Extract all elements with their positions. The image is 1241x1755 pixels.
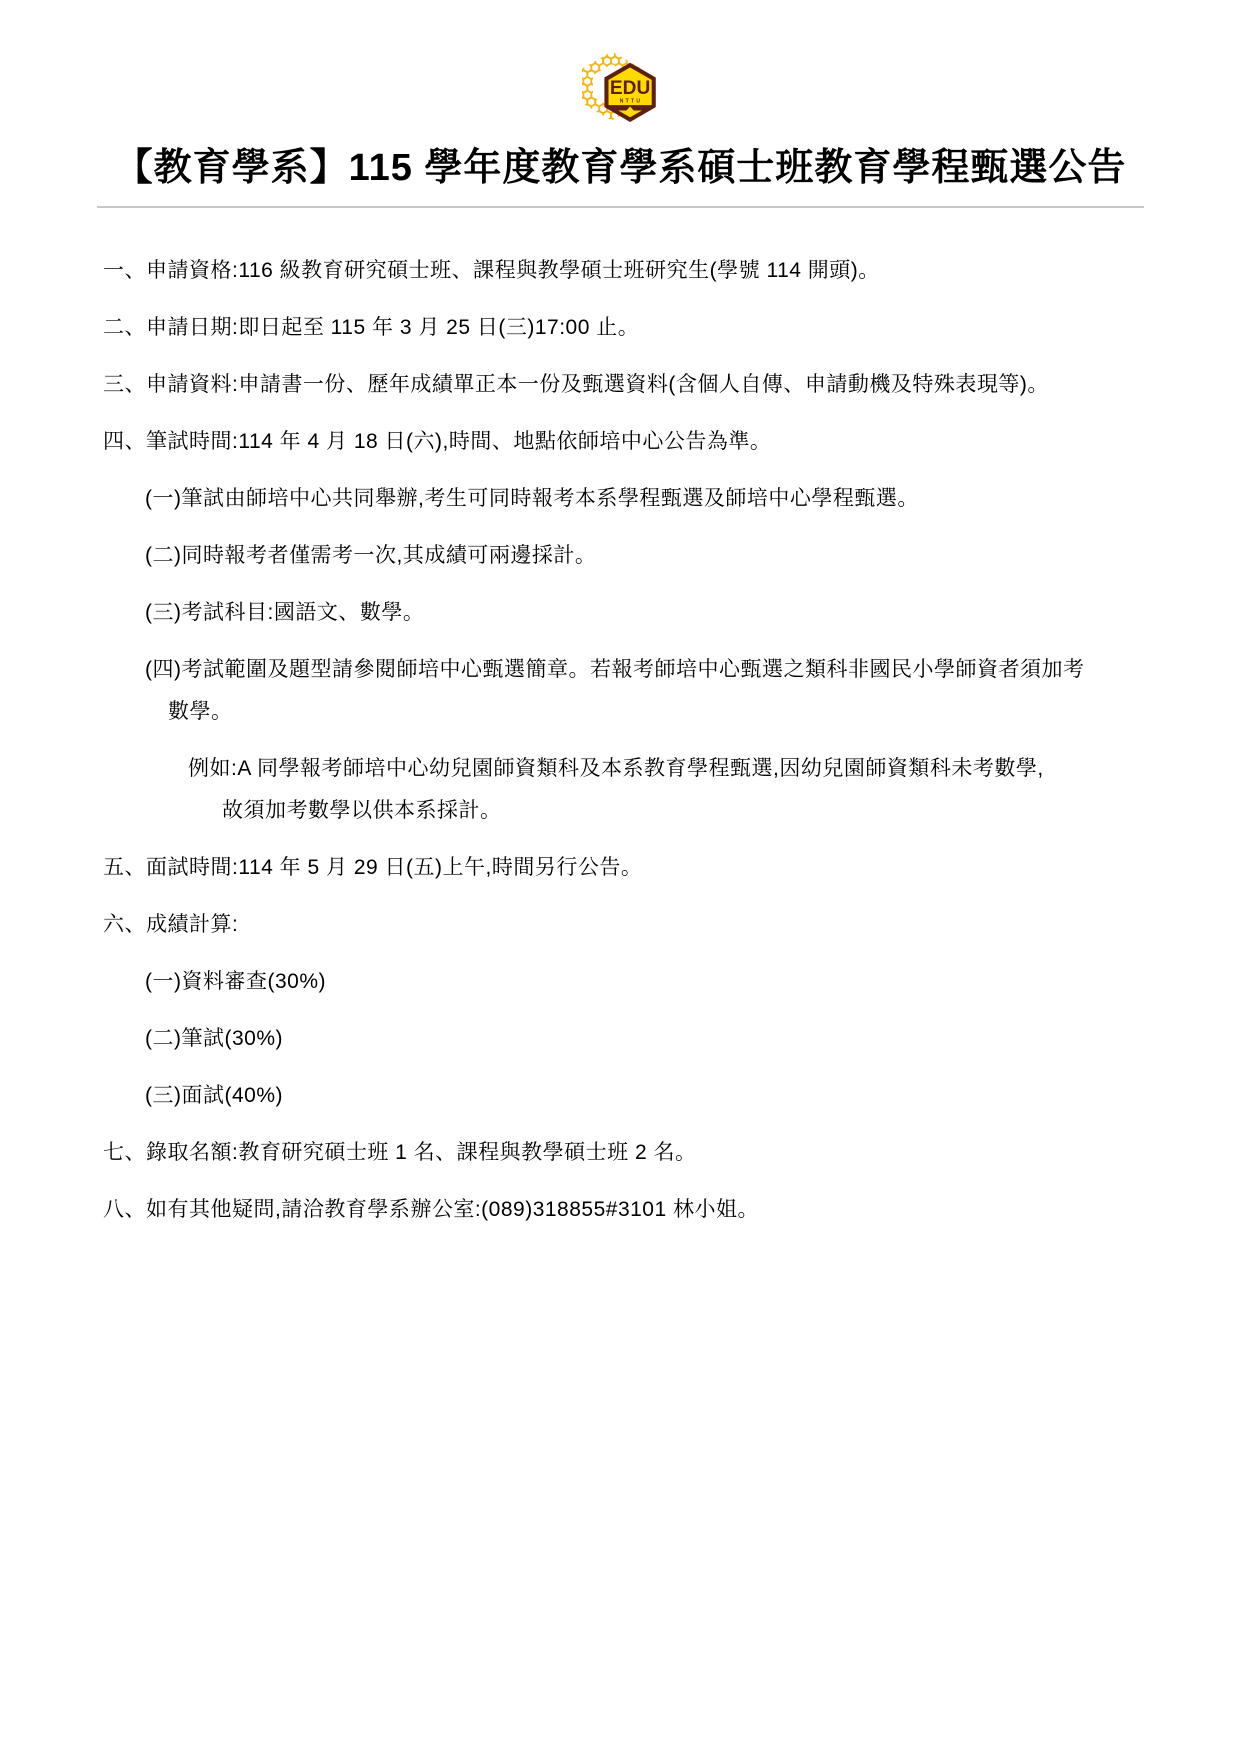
item-8-contact: 八、如有其他疑問,請洽教育學系辦公室:(089)318855#3101 林小姐。: [103, 1199, 759, 1220]
document-page: EDU NTTU 【教育學系】115 學年度教育學系碩士班教育學程甄選公告 一、…: [0, 0, 1241, 1755]
item-2-application-period: 二、申請日期:即日起至 115 年 3 月 25 日(三)17:00 止。: [103, 317, 639, 338]
item-5-interview-time: 五、面試時間:114 年 5 月 29 日(五)上午,時間另行公告。: [103, 857, 642, 878]
item-6-sub-1-review: (一)資料審查(30%): [103, 971, 326, 992]
item-4-example-line-1: 例如:A 同學報考師培中心幼兒園師資類科及本系教育學程甄選,因幼兒園師資類科未考…: [103, 758, 1044, 779]
item-6-score-calculation: 六、成績計算:: [103, 914, 238, 935]
item-4-example-line-2: 故須加考數學以供本系採計。: [103, 800, 502, 821]
document-body: 一、申請資格:116 級教育研究碩士班、課程與教學碩士班研究生(學號 114 開…: [0, 208, 1241, 1256]
item-6-sub-2-written: (二)筆試(30%): [103, 1028, 283, 1049]
logo-nttu-text: NTTU: [619, 98, 641, 104]
item-6-sub-3-interview: (三)面試(40%): [103, 1085, 283, 1106]
logo-edu-text: EDU: [609, 78, 649, 99]
item-4-sub-2: (二)同時報考者僅需考一次,其成績可兩邊採計。: [103, 545, 596, 566]
edu-nttu-logo: EDU NTTU: [573, 36, 669, 136]
item-4-sub-3: (三)考試科目:國語文、數學。: [103, 602, 424, 623]
item-4-written-exam-time: 四、筆試時間:114 年 4 月 18 日(六),時間、地點依師培中心公告為準。: [103, 431, 771, 452]
item-1-eligibility: 一、申請資格:116 級教育研究碩士班、課程與教學碩士班研究生(學號 114 開…: [103, 260, 880, 281]
item-4-sub-4-line-2: 數學。: [103, 701, 233, 722]
item-7-admission-quota: 七、錄取名額:教育研究碩士班 1 名、課程與教學碩士班 2 名。: [103, 1142, 697, 1163]
page-title: 【教育學系】115 學年度教育學系碩士班教育學程甄選公告: [0, 146, 1241, 192]
item-4-sub-1: (一)筆試由師培中心共同舉辦,考生可同時報考本系學程甄選及師培中心學程甄選。: [103, 488, 919, 509]
item-4-sub-4-line-1: (四)考試範圍及題型請參閱師培中心甄選簡章。若報考師培中心甄選之類科非國民小學師…: [103, 659, 1084, 680]
item-3-application-materials: 三、申請資料:申請書一份、歷年成績單正本一份及甄選資料(含個人自傳、申請動機及特…: [103, 374, 1049, 395]
logo-container: EDU NTTU: [0, 0, 1241, 136]
